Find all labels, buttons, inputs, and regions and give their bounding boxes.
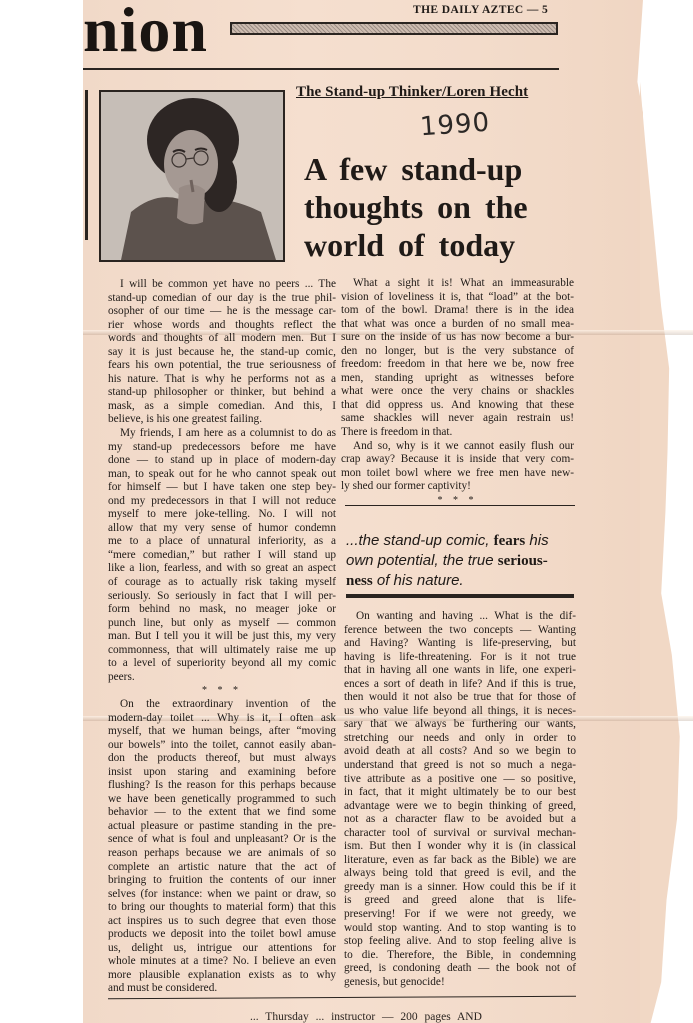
text-line: our bowels” into the toilet, cannot easi…: [108, 739, 336, 753]
text-line: me to a place of unnatural inferiority, …: [108, 535, 336, 549]
text-line: to die. Therefore, the Bible, in condemn…: [344, 949, 576, 963]
text-line: bringing to fruition the contents of our…: [108, 874, 336, 888]
divider-rule: [345, 505, 575, 506]
column-rule: [85, 90, 88, 240]
text-line: sence of what is foul and unpleasant? Or…: [108, 833, 336, 847]
text-line: On wanting and having ... What is the di…: [344, 610, 576, 624]
text-line: And so, why is it we cannot easily flush…: [341, 440, 574, 454]
article-column-left: I will be common yet have no peers ... T…: [108, 278, 336, 996]
column-byline: The Stand-up Thinker/Loren Hecht: [296, 84, 528, 101]
text-line: man. But I tell you it will be just this…: [108, 630, 336, 644]
text-line: selves (for instance: when we paint or d…: [108, 888, 336, 902]
text-line: mon toilet bowl where we free men have n…: [341, 467, 574, 481]
text-line: words and thoughts of all modern men. Bu…: [108, 332, 336, 346]
headline-line: thoughts on the: [304, 188, 574, 226]
text-line: allow that my very sense of humor condem…: [108, 522, 336, 536]
divider-rule-thick: [346, 594, 574, 598]
text-line: ference between the two concepts — Wanti…: [344, 624, 576, 638]
masthead-bar: [230, 22, 558, 35]
text-line: is greed and greed alone that is life-: [344, 894, 576, 908]
section-separator: * * *: [108, 684, 336, 698]
text-line: stretching our needs and only in order t…: [344, 732, 576, 746]
text-line: crap away? Because it is inside that ver…: [341, 453, 574, 467]
pull-quote-emphasis: serious-: [498, 553, 548, 569]
text-line: for himself — but I have taken one step …: [108, 481, 336, 495]
text-line: like a lion, fearless, and with so great…: [108, 562, 336, 576]
pull-quote-emphasis: ness: [346, 573, 373, 589]
text-line: what were once the very chains or shackl…: [341, 385, 574, 399]
text-line: act inspires us to such degree that even…: [108, 915, 336, 929]
text-line: say it is just because he, the stand-up …: [108, 346, 336, 360]
text-line: that did oppress us. And knowing that th…: [341, 399, 574, 413]
text-line: punch line, but only as myself — common: [108, 617, 336, 631]
text-line: men, standing upright as witnesses befor…: [341, 372, 574, 386]
text-line: ism. But then I wonder why it is (in cla…: [344, 840, 576, 854]
article-headline: A few stand-up thoughts on the world of …: [304, 150, 574, 264]
text-line: products we deposit into the toilet bowl…: [108, 928, 336, 942]
pull-quote-text: of his nature.: [373, 572, 464, 589]
text-line: osopher of our time — he is the message …: [108, 305, 336, 319]
text-line: ly shed our former captivity!: [341, 480, 574, 494]
text-line: commonness, that will ultimately raise m…: [108, 644, 336, 658]
article-column-right-top: What a sight it is! What an immeasurable…: [341, 277, 574, 507]
text-line: that in having all one wants in life, on…: [344, 664, 576, 678]
text-line: There is freedom in that.: [341, 426, 574, 440]
next-article-fragment: ... Thursday ... instructor — 200 pages …: [250, 1011, 482, 1023]
pull-quote-emphasis: fears: [494, 533, 526, 549]
text-line: my stand-up predecessors before me have: [108, 441, 336, 455]
text-line: modern-day toilet ... Why is it, I often…: [108, 712, 336, 726]
columnist-photo: [99, 90, 285, 262]
text-line: advantage were we to begin thinking of g…: [344, 800, 576, 814]
text-line: “mere comedian,” but rather I will stand…: [108, 549, 336, 563]
text-line: mask, as a simple comedian. And this, I: [108, 400, 336, 414]
text-line: then would it not also be true that for …: [344, 691, 576, 705]
text-line: myself, that we human beings, after “mov…: [108, 725, 336, 739]
text-line: ond my predecessors in that I will not r…: [108, 495, 336, 509]
text-line: complete an artistic nature that the act…: [108, 861, 336, 875]
text-line: would stop wanting. And to stop wanting …: [344, 922, 576, 936]
text-line: seriously. So seriously in fact that I w…: [108, 590, 336, 604]
text-line: sure on the inside of us has now become …: [341, 331, 574, 345]
text-line: greed, is condoning death — the book not…: [344, 962, 576, 976]
text-line: not as a character flaw to be avoided bu…: [344, 813, 576, 827]
newspaper-name-page: THE DAILY AZTEC — 5: [413, 4, 548, 16]
text-line: in fact, that it might ultimately be to …: [344, 786, 576, 800]
text-line: greedy man is a sinner. How could this b…: [344, 881, 576, 895]
text-line: believe, is his one greatest failing.: [108, 413, 336, 427]
text-line: myself to mere joke-telling. No. I will …: [108, 508, 336, 522]
text-line: and must be considered.: [108, 982, 336, 996]
text-line: don the products thereof, but must alway…: [108, 752, 336, 766]
text-line: having is life-threatening. For is it no…: [344, 651, 576, 665]
text-line: genesis, but genocide!: [344, 976, 576, 990]
headline-line: world of today: [304, 226, 574, 264]
text-line: actual pleasure or pastime standing in t…: [108, 820, 336, 834]
text-line: stand-up philosopher or thinker, but beh…: [108, 386, 336, 400]
text-line: us who value life beyond all things, it …: [344, 705, 576, 719]
divider-rule: [83, 68, 559, 70]
text-line: literature, even as far back as the Bibl…: [344, 854, 576, 868]
text-line: we have been genetically programmed to s…: [108, 793, 336, 807]
text-line: tom of the bowl. Drama! there is in the …: [341, 304, 574, 318]
text-line: to a level of superiority beyond all my …: [108, 657, 336, 671]
text-line: avoid death at all costs? And so we begi…: [344, 745, 576, 759]
text-line: peers.: [108, 671, 336, 685]
text-line: On the extraordinary invention of the: [108, 698, 336, 712]
text-line: understand that greed is not so much a n…: [344, 759, 576, 773]
handwritten-year: 1990: [419, 108, 491, 143]
torn-paper-edge: [640, 0, 693, 1023]
text-line: My friends, I am here as a columnist to …: [108, 427, 336, 441]
text-line: same shackles will never again restrain …: [341, 412, 574, 426]
text-line: whole minutes at a time? No. I believe a…: [108, 955, 336, 969]
pull-quote-text: ...the stand-up comic,: [346, 532, 494, 549]
text-line: preserving! For if we were not greedy, w…: [344, 908, 576, 922]
section-title: nion: [83, 0, 208, 66]
text-line: that what was once a burden of no small …: [341, 318, 574, 332]
text-line: What a sight it is! What an immeasurable: [341, 277, 574, 291]
text-line: I will be common yet have no peers ... T…: [108, 278, 336, 292]
text-line: reason perhaps because we are animals of…: [108, 847, 336, 861]
text-line: insist upon staring and examining before: [108, 766, 336, 780]
headline-line: A few stand-up: [304, 150, 574, 188]
portrait-image: [101, 92, 283, 260]
text-line: behavior — to the extent that we find so…: [108, 806, 336, 820]
text-line: of courage as to actually risk taking my…: [108, 576, 336, 590]
article-column-right-bottom: On wanting and having ... What is the di…: [344, 610, 576, 989]
text-line: and Having? Wanting is life-preserving, …: [344, 637, 576, 651]
text-line: rier whose words and thoughts reflect th…: [108, 319, 336, 333]
text-line: form behind no mask, no meager joke or: [108, 603, 336, 617]
text-line: flushing? Is the reason for this perhaps…: [108, 779, 336, 793]
text-line: always being told that greed is evil, an…: [344, 867, 576, 881]
pull-quote: ...the stand-up comic, fears his own pot…: [346, 531, 574, 591]
text-line: character tool of survival or survival m…: [344, 827, 576, 841]
text-line: done — to stand up in place of modern-da…: [108, 454, 336, 468]
text-line: stop feeling alive. And to stop feeling …: [344, 935, 576, 949]
text-line: tive attribute as a positive one — so po…: [344, 773, 576, 787]
text-line: den no longer, but is the very substance…: [341, 345, 574, 359]
text-line: freedom: freedom in that here we be, now…: [341, 358, 574, 372]
text-line: fears his own potential, the true seriou…: [108, 359, 336, 373]
text-line: sary that we always be furthering our wa…: [344, 718, 576, 732]
text-line: ences a sort of death in life? And if th…: [344, 678, 576, 692]
text-line: vision of loveliness it is, that “load” …: [341, 291, 574, 305]
text-line: his nature. That is why he performs not …: [108, 373, 336, 387]
text-line: to bring our thoughts to material form) …: [108, 901, 336, 915]
text-line: more plausible explanation exists as to …: [108, 969, 336, 983]
text-line: us, delight us, intrigue our attentions …: [108, 942, 336, 956]
text-line: stand-up comedian of our day is the true…: [108, 292, 336, 306]
text-line: man, to speak out for he who cannot spea…: [108, 468, 336, 482]
